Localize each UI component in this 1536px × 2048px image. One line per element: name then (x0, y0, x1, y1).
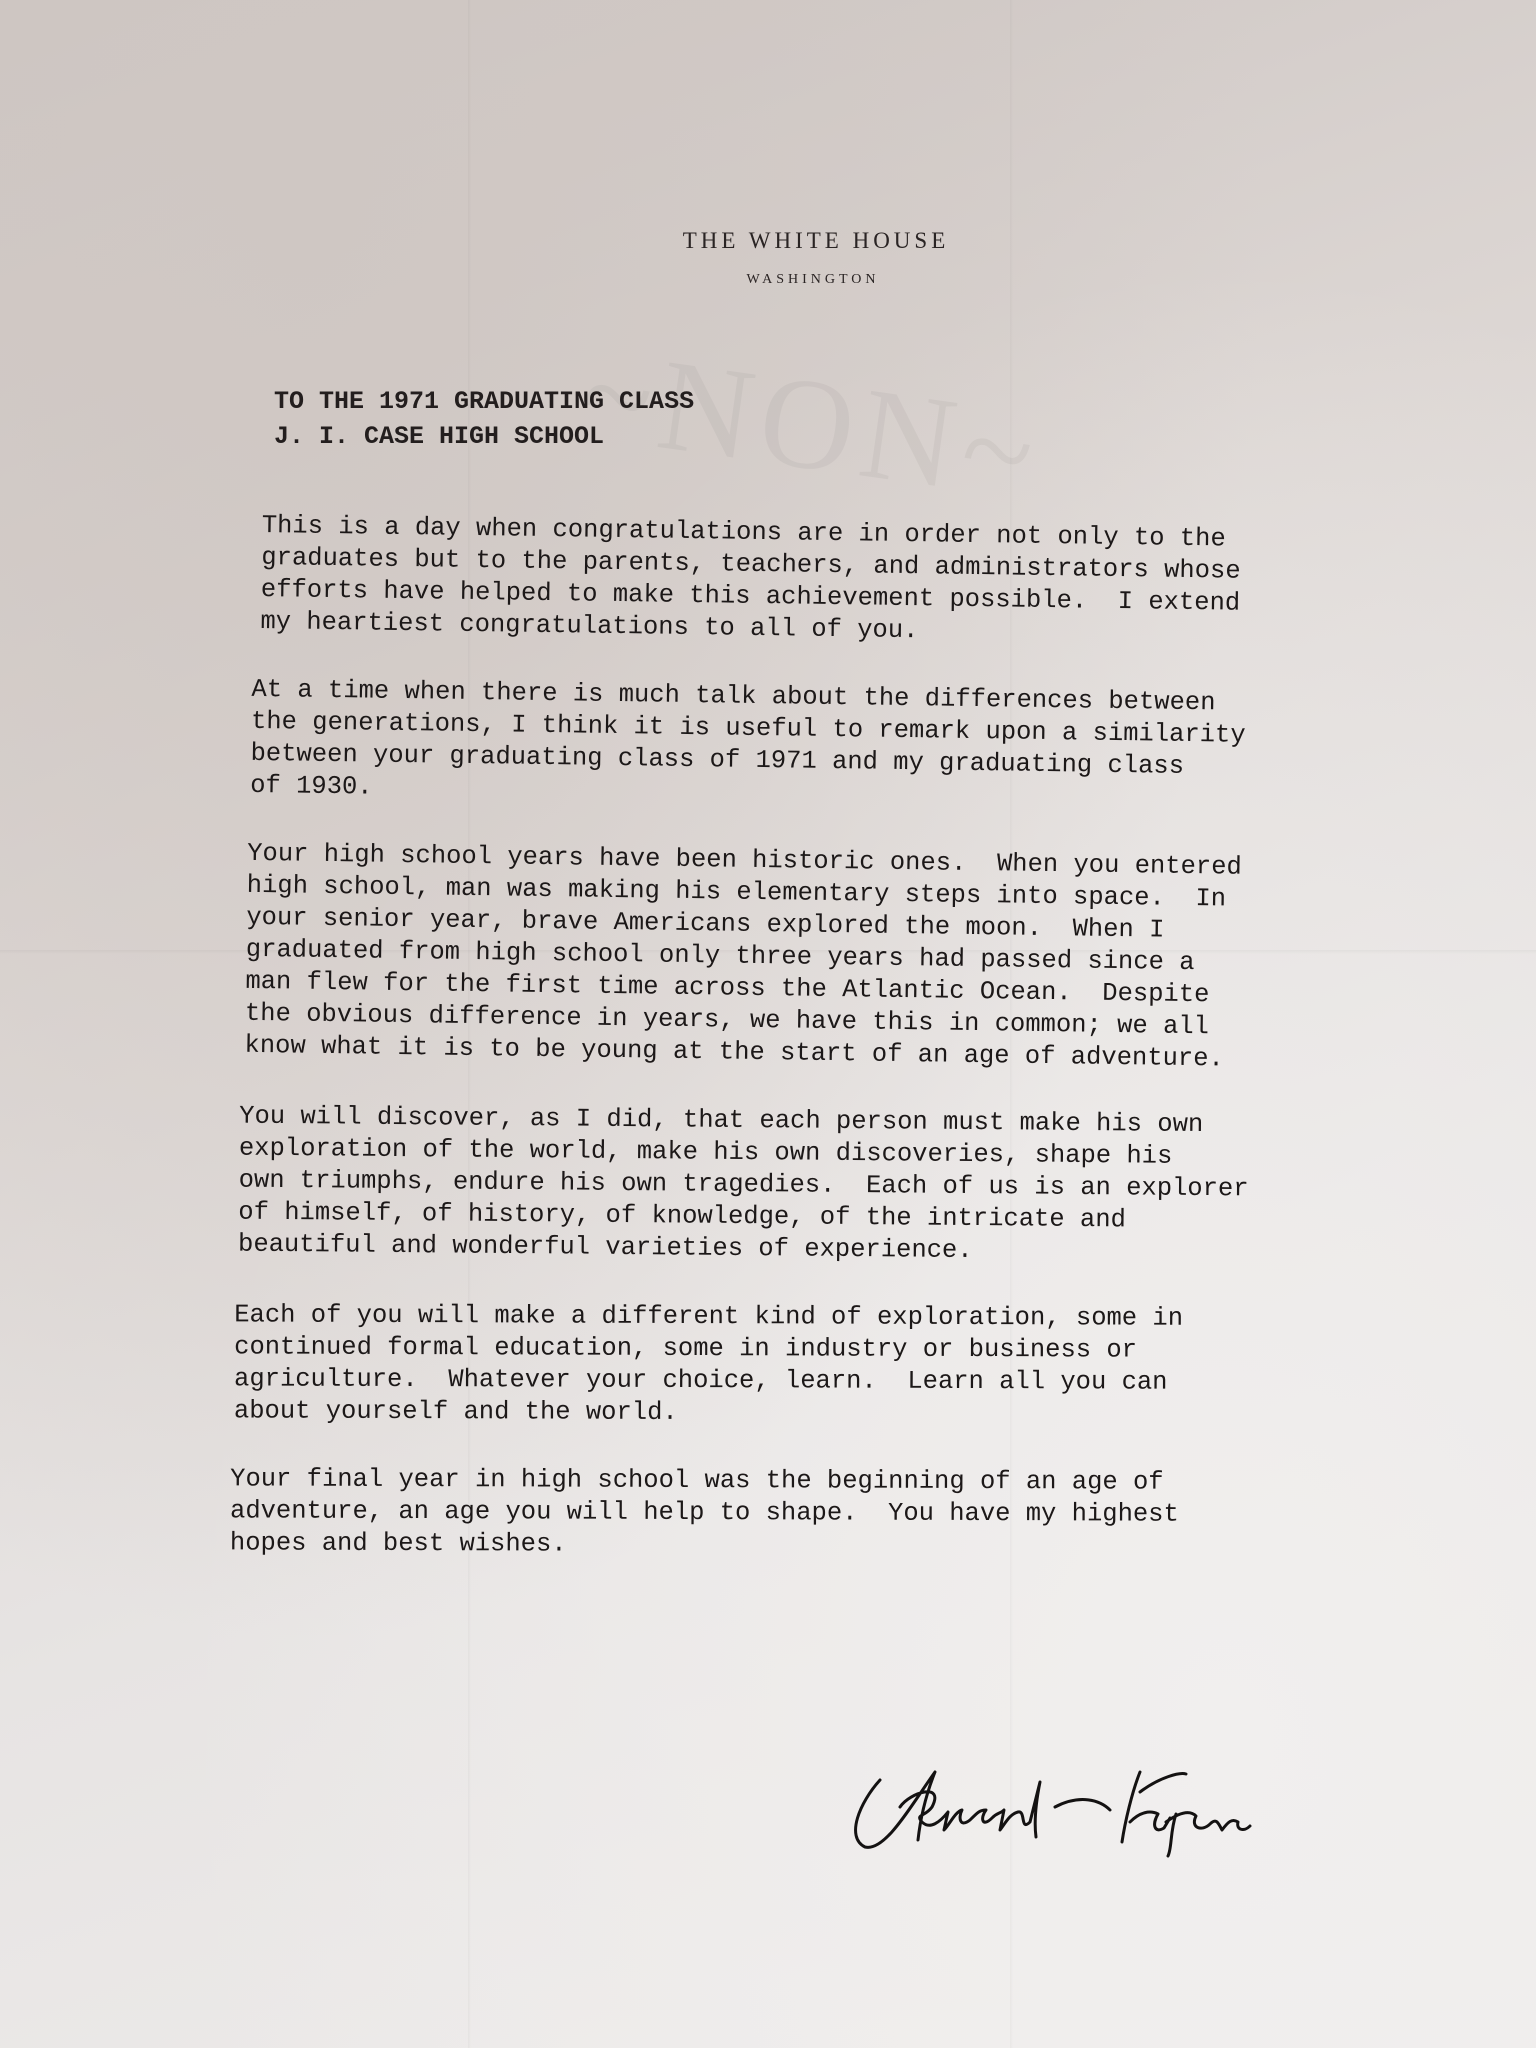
letterhead-title: THE WHITE HOUSE (96, 228, 1536, 254)
letterhead: THE WHITE HOUSE WASHINGTON (0, 228, 1536, 288)
paragraph-congratulations: This is a day when congratulations are i… (260, 510, 1342, 653)
paragraph-discover: You will discover, as I did, that each p… (238, 1101, 1333, 1271)
signature-icon (840, 1752, 1290, 1862)
letter-page: ~NON~ THE WHITE HOUSE WASHINGTON TO THE … (0, 0, 1536, 2048)
address-line-2: J. I. CASE HIGH SCHOOL (274, 419, 694, 454)
paragraph-historic-years: Your high school years have been histori… (244, 838, 1337, 1077)
letterhead-location: WASHINGTON (90, 272, 1536, 288)
recipient-address: TO THE 1971 GRADUATING CLASS J. I. CASE … (274, 384, 694, 454)
paragraph-generations: At a time when there is much talk about … (250, 674, 1340, 817)
paragraph-exploration: Each of you will make a different kind o… (234, 1299, 1330, 1431)
address-line-1: TO THE 1971 GRADUATING CLASS (274, 384, 694, 419)
letter-body: This is a day when congratulations are i… (247, 510, 1342, 1605)
paragraph-closing: Your final year in high school was the b… (230, 1463, 1328, 1563)
